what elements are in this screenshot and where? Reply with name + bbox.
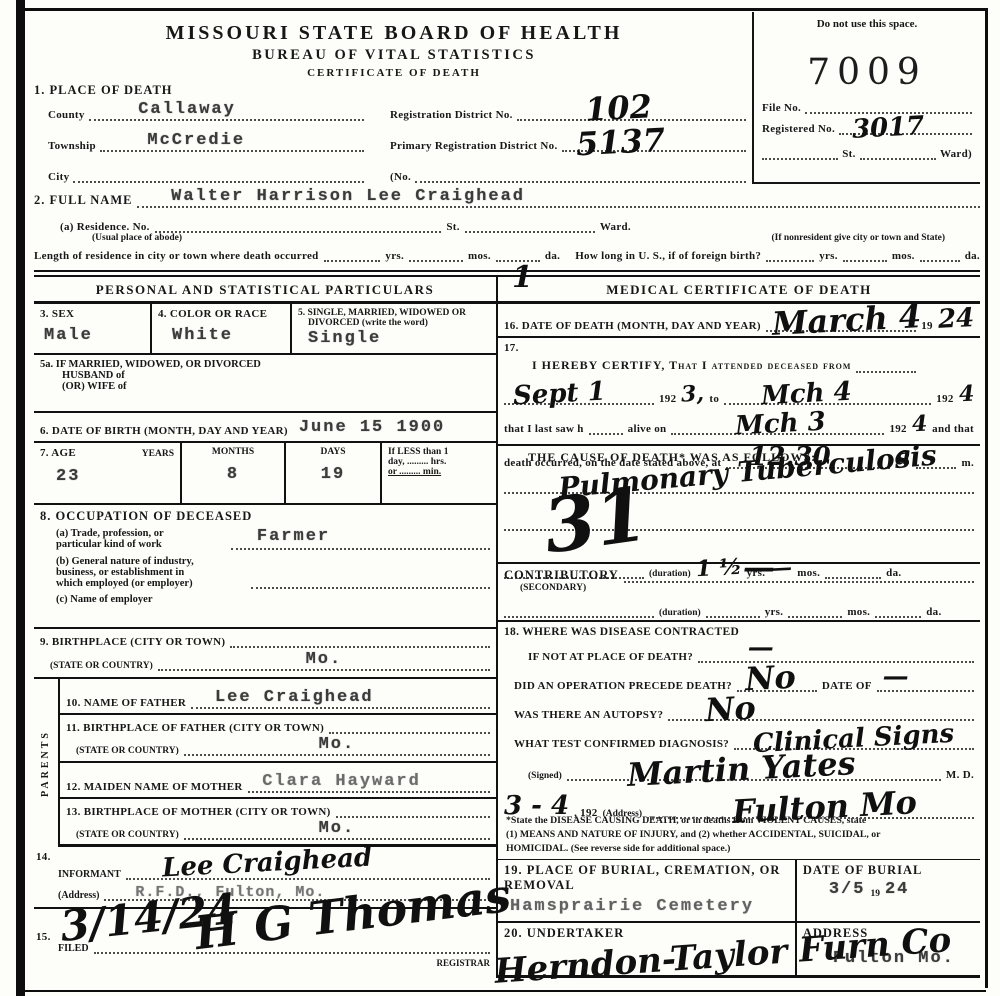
medical-certificate-title: MEDICAL CERTIFICATE OF DEATH (606, 282, 872, 297)
personal-statistical-column: PERSONAL AND STATISTICAL PARTICULARS 3. … (34, 277, 498, 978)
howlong-mos-line (843, 247, 887, 262)
mother-birthplace-label: 13. BIRTHPLACE OF MOTHER (CITY OR TOWN) (66, 806, 331, 818)
sex-race-marital-row: 3. SEX Male 4. COLOR OR RACE White 5. SI… (34, 304, 496, 355)
occupation-b-line3: which employed (or employer) (56, 578, 246, 589)
birthplace-box: 9. BIRTHPLACE (CITY OR TOWN) (STATE OR C… (34, 629, 496, 679)
signed-line: Martin Yates (567, 766, 941, 781)
operation-label: DID AN OPERATION PRECEDE DEATH? (514, 680, 732, 692)
undertaker-cell: 20. UNDERTAKER Herndon-Taylor Furn Co (498, 923, 797, 975)
to-label: to (709, 393, 719, 405)
mother-name-value: Clara Hayward (262, 772, 421, 791)
informant-label: INFORMANT (58, 869, 121, 880)
full-name-label: 2. FULL NAME (34, 193, 132, 208)
s18-not-at-place-label: IF NOT AT PLACE OF DEATH? (528, 651, 693, 663)
personal-particulars-header: PERSONAL AND STATISTICAL PARTICULARS (34, 277, 496, 304)
andthat-label: and that (932, 423, 974, 435)
parents-side-strip: PARENTS (36, 679, 54, 847)
age-row: 7. AGE YEARS 23 MONTHS 8 DAYS 19 If (34, 443, 496, 505)
age-months-label: MONTHS (188, 447, 278, 457)
lastsaw-value: Mch 3 (735, 409, 827, 440)
sign-address-label: (Address) (603, 809, 642, 819)
contributory-label: CONTRIBUTORY (504, 568, 619, 583)
registered-no-value: 3017 (852, 113, 926, 143)
s17-number: 17. (504, 342, 974, 354)
sign-address-line: Fulton Mo (647, 804, 974, 819)
marital-value: Single (308, 329, 490, 348)
s18-not-at-place-line: — (698, 648, 974, 663)
primary-registration-value: 5137 (576, 124, 667, 161)
mother-name-label: 12. MAIDEN NAME OF MOTHER (66, 781, 243, 793)
parents-section: PARENTS 10. NAME OF FATHER Lee Craighead… (58, 679, 496, 847)
length-residence-label: Length of residence in city or town wher… (34, 250, 319, 262)
birthplace-state-value: Mo. (306, 650, 343, 669)
bureau-subtitle: BUREAU OF VITAL STATISTICS (34, 47, 754, 64)
township-value: McCredie (147, 131, 245, 150)
registration-district-label: Registration District No. (390, 109, 513, 121)
parents-side-label: PARENTS (40, 730, 51, 797)
age-label: 7. AGE (40, 447, 76, 459)
mother-name-line: Clara Hayward (248, 778, 490, 793)
year3-printed: 192 (889, 423, 906, 435)
attended-from-line: Sept 1 (504, 390, 654, 405)
s5a-line1: 5a. IF MARRIED, WIDOWED, OR DIVORCED (40, 359, 490, 370)
age-years-cell: 7. AGE YEARS 23 (34, 443, 182, 503)
contrib-yrs-label: yrs. (765, 606, 784, 618)
age-years-label: YEARS (142, 449, 174, 459)
main-columns: PERSONAL AND STATISTICAL PARTICULARS 3. … (34, 277, 980, 978)
ward-line (860, 147, 936, 160)
birthplace-line (230, 633, 490, 648)
house-no-line (415, 168, 746, 183)
mother-name-box: 12. MAIDEN NAME OF MOTHER Clara Hayward (60, 763, 496, 799)
age-months-value: 8 (188, 465, 278, 484)
undertaker-row: 20. UNDERTAKER Herndon-Taylor Furn Co AD… (498, 923, 980, 978)
marital-label-2: DIVORCED (write the word) (308, 318, 490, 328)
burial-place-value: Hamsprairie Cemetery (510, 897, 789, 916)
page-title: MISSOURI STATE BOARD OF HEALTH (34, 22, 754, 45)
s5a-line2: HUSBAND of (62, 370, 490, 381)
father-birthplace-label: 11. BIRTHPLACE OF FATHER (CITY OR TOWN) (66, 722, 324, 734)
married-to-box: 5a. IF MARRIED, WIDOWED, OR DIVORCED HUS… (34, 355, 496, 413)
ward-label: Ward) (940, 148, 972, 160)
county-value: Callaway (138, 100, 236, 119)
full-name-line: Walter Harrison Lee Craighead (137, 193, 980, 208)
filed-box: 15. FILED REGISTRAR 3/14/24 H G Thomas (34, 909, 496, 967)
certify-box: 17. I HEREBY CERTIFY, That I attended de… (498, 338, 980, 446)
race-cell: 4. COLOR OR RACE White (152, 304, 292, 353)
father-birthplace-box: 11. BIRTHPLACE OF FATHER (CITY OR TOWN) … (60, 715, 496, 763)
dod-year-printed: 19 (921, 320, 933, 332)
residence-st-label: St. (446, 221, 459, 233)
howlong-da-line (920, 247, 960, 262)
medical-certificate-column: 1 MEDICAL CERTIFICATE OF DEATH 16. DATE … (498, 277, 980, 978)
certify-lead-line (856, 358, 916, 373)
burial-row: 19. PLACE OF BURIAL, CREMATION, OR REMOV… (498, 860, 980, 923)
length-da-label: da. (545, 250, 560, 262)
mother-birthplace-line (336, 803, 490, 818)
residence-label: (a) Residence. No. (60, 221, 150, 233)
burial-date-cell: DATE OF BURIAL 3/5 19 24 (797, 860, 980, 921)
s18-label: 18. WHERE WAS DISEASE CONTRACTED (504, 626, 974, 638)
test-confirmed-label: WHAT TEST CONFIRMED DIAGNOSIS? (514, 738, 729, 750)
year3-value: 4 (911, 413, 927, 436)
burial-date-label: DATE OF BURIAL (803, 863, 974, 878)
form-header: MISSOURI STATE BOARD OF HEALTH BUREAU OF… (34, 12, 754, 79)
date-of-birth-box: 6. DATE OF BIRTH (MONTH, DAY AND YEAR) J… (34, 413, 496, 443)
year2-value: 4 (958, 383, 974, 406)
st-label: St. (842, 148, 855, 160)
father-birthplace-state-value: Mo. (319, 735, 356, 754)
occupation-label: 8. OCCUPATION OF DECEASED (40, 509, 490, 524)
age-days-cell: DAYS 19 (286, 443, 382, 503)
house-no-label: (No. (390, 171, 411, 183)
contrib-mos-label: mos. (847, 606, 870, 618)
burial-place-cell: 19. PLACE OF BURIAL, CREMATION, OR REMOV… (498, 860, 797, 921)
age-less-line1: If LESS than 1 (388, 447, 490, 457)
sex-label: 3. SEX (40, 308, 144, 320)
contrib-mos-line (788, 603, 842, 618)
lastsaw-him-line (589, 420, 623, 435)
abode-note: (Usual place of abode) (92, 233, 182, 243)
operation-date-value: — (883, 664, 909, 690)
registered-no-line: 3017 (839, 122, 972, 135)
age-less-cell: If LESS than 1 day, ......... hrs. or ..… (382, 443, 496, 503)
age-days-label: DAYS (292, 447, 374, 457)
residence-no-line (155, 218, 442, 233)
date-of-death-label: 16. DATE OF DEATH (MONTH, DAY AND YEAR) (504, 320, 761, 332)
signed-value: Martin Yates (626, 747, 856, 791)
informant-value: Lee Craighead (162, 845, 373, 882)
do-not-use-label: Do not use this space. (762, 18, 972, 30)
date-of-death-box: 16. DATE OF DEATH (MONTH, DAY AND YEAR) … (498, 304, 980, 338)
occupation-a-value: Farmer (257, 527, 330, 546)
year1-printed: 192 (659, 393, 676, 405)
occupation-c-label: (c) Name of employer (56, 594, 490, 605)
sign-year-printed: , 192 (574, 807, 598, 819)
scan-border-right (985, 8, 988, 988)
city-label: City (48, 171, 69, 183)
section-place-of-death: 1. PLACE OF DEATH County Callaway Regist… (34, 83, 746, 183)
filed-number: 15. (36, 931, 51, 943)
length-yrs-line (324, 247, 381, 262)
mother-birthplace-state-value: Mo. (319, 819, 356, 838)
certificate-stamp-number: 7009 (762, 52, 972, 93)
age-months-cell: MONTHS 8 (182, 443, 286, 503)
mother-birthplace-state-line: Mo. (184, 825, 490, 840)
registration-district-value: 102 (585, 90, 653, 125)
date-of-death-line: March 4 (766, 317, 916, 332)
howlong-yrs-line (766, 247, 814, 262)
lastsaw-label: that I last saw h (504, 423, 584, 435)
file-no-label: File No. (762, 102, 801, 114)
burial-place-label: 19. PLACE OF BURIAL, CREMATION, OR REMOV… (504, 863, 789, 893)
section-divider (34, 270, 980, 277)
disease-contracted-box: 18. WHERE WAS DISEASE CONTRACTED IF NOT … (498, 622, 980, 810)
county-line: Callaway (89, 106, 364, 121)
father-birthplace-line (329, 719, 490, 734)
nonresident-note: (If nonresident give city or town and St… (771, 233, 945, 243)
s5a-line3: (OR) WIFE of (62, 381, 490, 392)
operation-date-label: DATE OF (822, 680, 872, 692)
length-mos-line (409, 247, 463, 262)
burial-year-printed: 19 (870, 889, 880, 899)
age-less-line2: day, ......... hrs. (388, 457, 490, 467)
occupation-b-line (251, 574, 490, 589)
race-value: White (172, 326, 284, 345)
contrib-da-line (875, 603, 921, 618)
occupation-a-line1: (a) Trade, profession, or (56, 528, 226, 539)
full-name-value: Walter Harrison Lee Craighead (171, 187, 525, 206)
sign-date-value: 3 - 4 (504, 793, 569, 819)
birthplace-label: 9. BIRTHPLACE (CITY OR TOWN) (40, 636, 225, 648)
father-name-box: 10. NAME OF FATHER Lee Craighead (60, 679, 496, 715)
race-label: 4. COLOR OR RACE (158, 308, 284, 320)
age-days-value: 19 (292, 465, 374, 484)
marital-label-1: 5. SINGLE, MARRIED, WIDOWED OR (298, 308, 490, 318)
burial-date-value: 3/5 (829, 880, 866, 899)
lastsaw-line: Mch 3 (671, 420, 884, 435)
sign-address-value: Fulton Mo (731, 786, 917, 828)
footnote-line3: HOMICIDAL. (See reverse side for additio… (506, 842, 972, 856)
registrar-label: REGISTRAR (40, 958, 490, 968)
contrib-da-label: da. (926, 606, 941, 618)
cause-of-death-box: THE CAUSE OF DEATH* WAS AS FOLLOWS: Pulm… (498, 446, 980, 564)
registered-no-label: Registered No. (762, 123, 835, 135)
scrawl-31: 31 (539, 477, 651, 565)
dod-year-value: 24 (937, 305, 974, 333)
autopsy-line: No (668, 706, 974, 721)
howlong-mos-label: mos. (892, 250, 915, 262)
howlong-da-label: da. (965, 250, 980, 262)
howlong-us-label: How long in U. S., if of foreign birth? (575, 250, 761, 262)
township-label: Township (48, 140, 96, 152)
occupation-b-line1: (b) General nature of industry, (56, 556, 246, 567)
do-not-use-box: Do not use this space. 7009 File No. Reg… (752, 12, 980, 184)
scan-border-left (16, 0, 25, 996)
contributory-box: CONTRIBUTORY — (SECONDARY) (duration) yr… (498, 564, 980, 622)
scan-border-top (16, 8, 986, 11)
dob-value: June 15 1900 (299, 418, 445, 437)
father-birthplace-state-line: Mo. (184, 741, 490, 756)
mother-birthplace-box: 13. BIRTHPLACE OF MOTHER (CITY OR TOWN) … (60, 799, 496, 847)
certify-lead: I HEREBY CERTIFY, That I attended deceas… (532, 358, 851, 373)
marital-cell: 5. SINGLE, MARRIED, WIDOWED OR DIVORCED … (292, 304, 496, 353)
father-name-label: 10. NAME OF FATHER (66, 697, 186, 709)
county-label: County (48, 109, 85, 121)
year1-value: 3, (681, 382, 705, 405)
attended-to-value: Mch 4 (761, 379, 853, 410)
stray-mark: 1 (512, 263, 534, 293)
residence-ward-label: Ward. (600, 221, 631, 233)
birthplace-state-line: Mo. (158, 656, 490, 671)
length-yrs-label: yrs. (385, 250, 404, 262)
howlong-yrs-label: yrs. (819, 250, 838, 262)
contributory-line: — (624, 568, 974, 583)
autopsy-value: No (704, 692, 756, 727)
contributory-value: — (743, 551, 775, 583)
primary-registration-line: 5137 (562, 137, 746, 152)
attended-to-line: Mch 4 (724, 390, 931, 405)
registration-district-line: 102 (517, 106, 746, 121)
township-line: McCredie (100, 137, 364, 152)
attended-from-value: Sept 1 (512, 379, 606, 410)
year2-printed: 192 (936, 393, 953, 405)
primary-registration-label: Primary Registration District No. (390, 140, 558, 152)
certificate-content: Do not use this space. 7009 File No. Reg… (34, 12, 980, 978)
burial-undertaker-table: 19. PLACE OF BURIAL, CREMATION, OR REMOV… (498, 859, 980, 978)
age-years-value: 23 (56, 467, 174, 486)
age-less-line3: or ......... min. (388, 467, 490, 477)
occupation-a-line: Farmer (231, 535, 490, 550)
contrib-yrs-line (706, 603, 760, 618)
st-line (762, 147, 838, 160)
autopsy-label: WAS THERE AN AUTOPSY? (514, 709, 663, 721)
length-mos-label: mos. (468, 250, 491, 262)
contrib-duration-lead (504, 603, 654, 618)
signed-label: (Signed) (528, 771, 562, 781)
occupation-a-line2: particular kind of work (56, 539, 226, 550)
mother-birthplace-state-label: (STATE OR COUNTRY) (76, 830, 179, 840)
occupation-b-line2: business, or establishment in (56, 567, 246, 578)
city-line (73, 168, 364, 183)
father-birthplace-state-label: (STATE OR COUNTRY) (76, 746, 179, 756)
death-certificate-scan: Do not use this space. 7009 File No. Reg… (0, 0, 1000, 996)
date-of-death-value: March 4 (771, 300, 922, 340)
section-full-name: 2. FULL NAME Walter Harrison Lee Craighe… (34, 193, 980, 262)
certificate-subtitle: CERTIFICATE OF DEATH (34, 67, 754, 79)
father-name-line: Lee Craighead (191, 694, 490, 709)
occupation-box: 8. OCCUPATION OF DECEASED (a) Trade, pro… (34, 505, 496, 629)
contrib-duration-label: (duration) (659, 608, 701, 618)
residence-st-line (465, 218, 595, 233)
operation-date-line: — (877, 677, 974, 692)
sex-cell: 3. SEX Male (34, 304, 152, 353)
alive-on-label: alive on (628, 423, 667, 435)
s18-not-at-place-value: — (748, 635, 774, 661)
father-name-value: Lee Craighead (215, 688, 374, 707)
sex-value: Male (44, 326, 144, 345)
dob-label: 6. DATE OF BIRTH (MONTH, DAY AND YEAR) (40, 425, 288, 437)
burial-year-value: 24 (885, 880, 909, 899)
birthplace-state-label: (STATE OR COUNTRY) (50, 661, 153, 671)
informant-number: 14. (36, 851, 51, 863)
md-label: M. D. (946, 769, 974, 781)
